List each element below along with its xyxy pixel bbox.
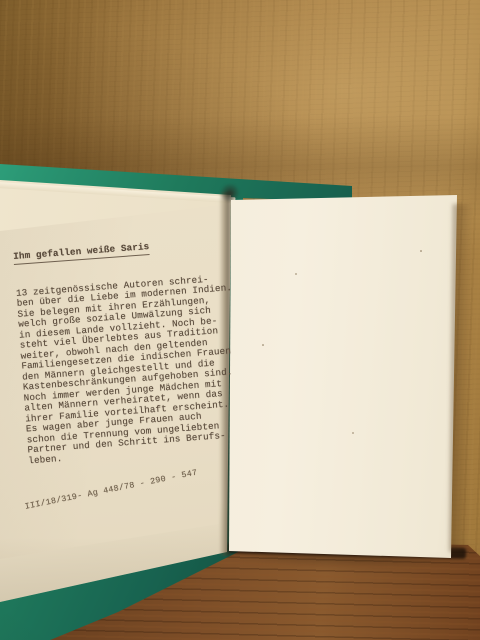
paper-speck bbox=[262, 344, 264, 346]
right-page-edge-shadow bbox=[449, 204, 473, 552]
paper-speck bbox=[295, 273, 297, 275]
typewritten-text-block: Ihm gefallen weiße Saris 13 zeitgenössis… bbox=[13, 236, 250, 467]
paper-speck bbox=[352, 432, 354, 434]
gutter-notch-shadow bbox=[219, 184, 241, 202]
paper-speck bbox=[420, 250, 422, 252]
photo-of-open-book: Ihm gefallen weiße Saris 13 zeitgenössis… bbox=[0, 0, 480, 640]
